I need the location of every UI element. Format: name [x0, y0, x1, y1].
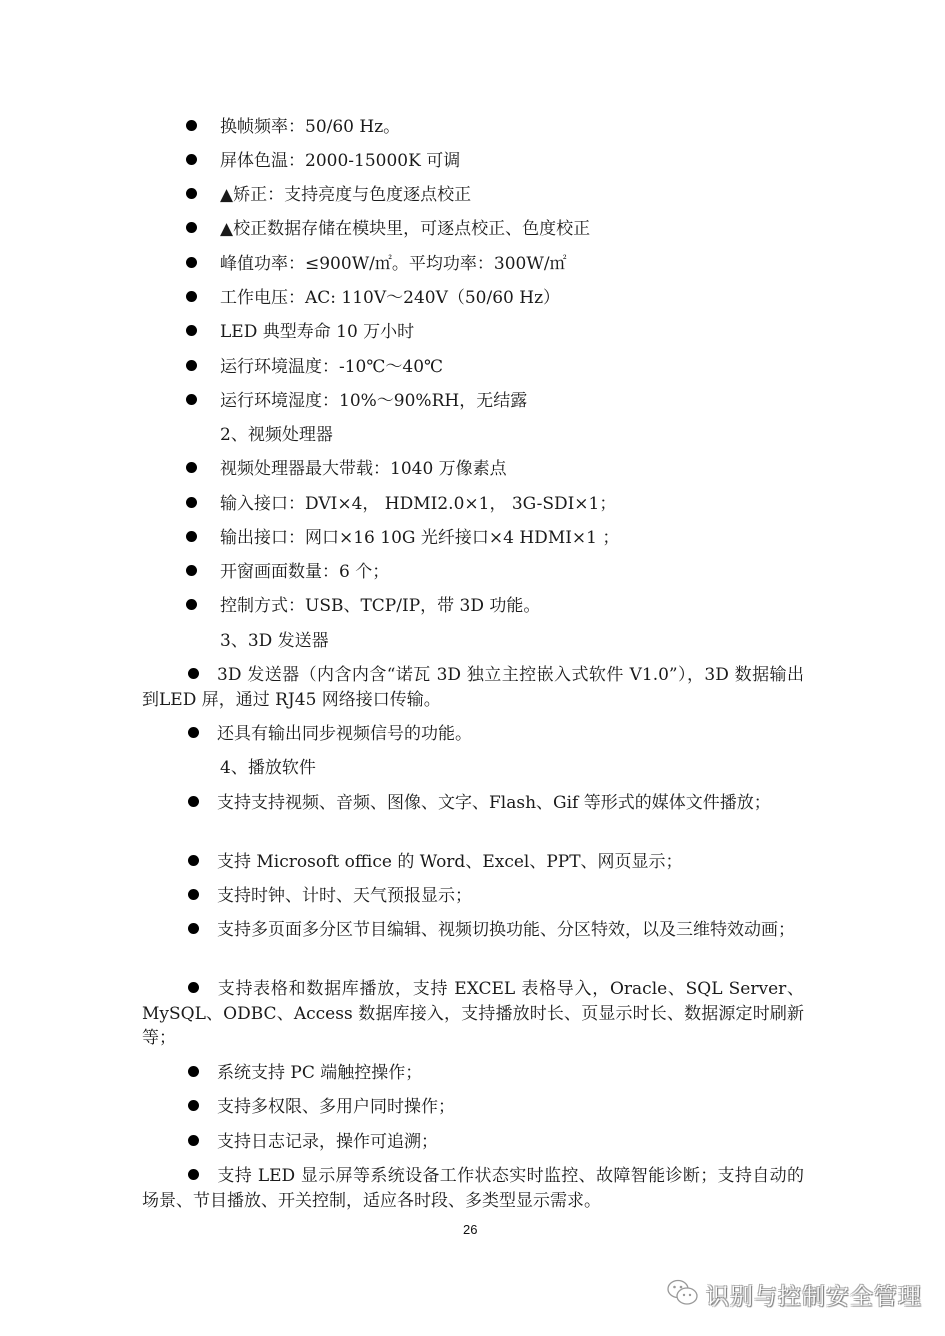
bullet-icon [188, 796, 199, 807]
page-number: 26 [463, 1222, 477, 1237]
software-item: 支持支持视频、音频、图像、文字、Flash、Gif 等形式的媒体文件播放； [142, 791, 804, 816]
bullet-icon [186, 222, 197, 233]
bullet-icon [186, 154, 197, 165]
bullet-icon [188, 889, 199, 900]
software-item: 支持 LED 显示屏等系统设备工作状态实时监控、故障智能诊断；支持自动的场景、节… [142, 1164, 804, 1213]
wechat-icon [666, 1279, 700, 1311]
processor-text: 输入接口：DVI×4， HDMI2.0×1， 3G-SDI×1； [220, 494, 616, 514]
processor-item: 输出接口：网口×16 10G 光纤接口×4 HDMI×1 ； [186, 526, 619, 550]
software-item: 系统支持 PC 端触控操作； [142, 1061, 804, 1086]
software-item: 支持日志记录，操作可追溯； [142, 1130, 804, 1155]
bullet-icon [186, 462, 197, 473]
processor-text: 开窗画面数量：6 个； [220, 562, 389, 582]
spec-text: 换帧频率：50/60 Hz。 [220, 117, 400, 137]
software-text: 支持支持视频、音频、图像、文字、Flash、Gif 等形式的媒体文件播放； [217, 793, 771, 813]
processor-item: 控制方式：USB、TCP/IP，带 3D 功能。 [186, 594, 540, 618]
bullet-icon [186, 360, 197, 371]
processor-item: 开窗画面数量：6 个； [186, 560, 389, 584]
spec-item: 工作电压：AC: 110V～240V（50/60 Hz） [186, 286, 560, 310]
software-text: 支持多权限、多用户同时操作； [217, 1097, 455, 1117]
spec-item: 换帧频率：50/60 Hz。 [186, 115, 400, 139]
software-item: 支持多页面多分区节目编辑、视频切换功能、分区特效，以及三维特效动画； [142, 918, 804, 943]
bullet-icon [188, 727, 199, 738]
processor-text: 控制方式：USB、TCP/IP，带 3D 功能。 [220, 596, 540, 616]
sender-text: 还具有输出同步视频信号的功能。 [217, 724, 472, 744]
bullet-icon [186, 565, 197, 576]
section-heading: 2、视频处理器 [220, 423, 333, 447]
bullet-icon [188, 1135, 199, 1146]
bullet-icon [186, 257, 197, 268]
spec-text: 峰值功率：≤900W/㎡。平均功率：300W/㎡ [220, 254, 567, 274]
software-item: 支持时钟、计时、天气预报显示； [142, 884, 804, 909]
bullet-icon [186, 394, 197, 405]
watermark-text: 识别与控制安全管理 [706, 1278, 922, 1311]
bullet-icon [188, 855, 199, 866]
watermark: 识别与控制安全管理 [666, 1278, 922, 1311]
bullet-icon [186, 291, 197, 302]
document-page: 换帧频率：50/60 Hz。 屏体色温：2000-15000K 可调 ▲矫正：支… [0, 0, 945, 1336]
spec-text: 工作电压：AC: 110V～240V（50/60 Hz） [220, 288, 560, 308]
bullet-icon [186, 325, 197, 336]
software-text: 支持日志记录，操作可追溯； [217, 1132, 438, 1152]
spec-text: 运行环境温度：-10℃～40℃ [220, 357, 443, 377]
spec-text: ▲校正数据存储在模块里，可逐点校正、色度校正 [220, 219, 590, 239]
spec-item: 峰值功率：≤900W/㎡。平均功率：300W/㎡ [186, 252, 567, 276]
software-text: 支持多页面多分区节目编辑、视频切换功能、分区特效，以及三维特效动画； [217, 920, 795, 940]
bullet-icon [188, 1100, 199, 1111]
processor-item: 输入接口：DVI×4， HDMI2.0×1， 3G-SDI×1； [186, 492, 616, 516]
spec-text: 运行环境湿度：10%～90%RH，无结露 [220, 391, 527, 411]
software-text: 系统支持 PC 端触控操作； [217, 1063, 422, 1083]
section-heading: 3、3D 发送器 [220, 629, 329, 653]
spec-item: ▲校正数据存储在模块里，可逐点校正、色度校正 [186, 217, 590, 241]
bullet-icon [188, 923, 199, 934]
software-item: 支持 Microsoft office 的 Word、Excel、PPT、网页显… [142, 850, 804, 875]
processor-text: 视频处理器最大带载：1040 万像素点 [220, 459, 507, 479]
bullet-icon [188, 982, 199, 993]
software-text: 支持表格和数据库播放，支持 EXCEL 表格导入，Oracle、SQL Serv… [142, 979, 804, 1048]
sender-item: 还具有输出同步视频信号的功能。 [142, 722, 804, 747]
processor-text: 输出接口：网口×16 10G 光纤接口×4 HDMI×1 ； [220, 528, 619, 548]
sender-item: 3D 发送器（内含内含“诺瓦 3D 独立主控嵌入式软件 V1.0”），3D 数据… [142, 663, 804, 712]
bullet-icon [188, 1066, 199, 1077]
bullet-icon [186, 599, 197, 610]
spec-item: 屏体色温：2000-15000K 可调 [186, 149, 460, 173]
bullet-icon [186, 531, 197, 542]
software-text: 支持时钟、计时、天气预报显示； [217, 886, 472, 906]
spec-item: 运行环境温度：-10℃～40℃ [186, 355, 443, 379]
section-heading: 4、播放软件 [220, 756, 316, 780]
bullet-icon [186, 188, 197, 199]
sender-text: 3D 发送器（内含内含“诺瓦 3D 独立主控嵌入式软件 V1.0”），3D 数据… [142, 665, 804, 710]
software-text: 支持 Microsoft office 的 Word、Excel、PPT、网页显… [217, 852, 683, 872]
software-item: 支持多权限、多用户同时操作； [142, 1095, 804, 1120]
bullet-icon [188, 668, 199, 679]
spec-item: 运行环境湿度：10%～90%RH，无结露 [186, 389, 527, 413]
software-text: 支持 LED 显示屏等系统设备工作状态实时监控、故障智能诊断；支持自动的场景、节… [142, 1166, 804, 1211]
spec-text: LED 典型寿命 10 万小时 [220, 322, 414, 342]
bullet-icon [186, 120, 197, 131]
processor-item: 视频处理器最大带载：1040 万像素点 [186, 457, 507, 481]
bullet-icon [188, 1169, 199, 1180]
spec-text: 屏体色温：2000-15000K 可调 [220, 151, 460, 171]
spec-item: ▲矫正：支持亮度与色度逐点校正 [186, 183, 471, 207]
spec-item: LED 典型寿命 10 万小时 [186, 320, 414, 344]
bullet-icon [186, 497, 197, 508]
spec-text: ▲矫正：支持亮度与色度逐点校正 [220, 185, 471, 205]
software-item: 支持表格和数据库播放，支持 EXCEL 表格导入，Oracle、SQL Serv… [142, 977, 804, 1051]
